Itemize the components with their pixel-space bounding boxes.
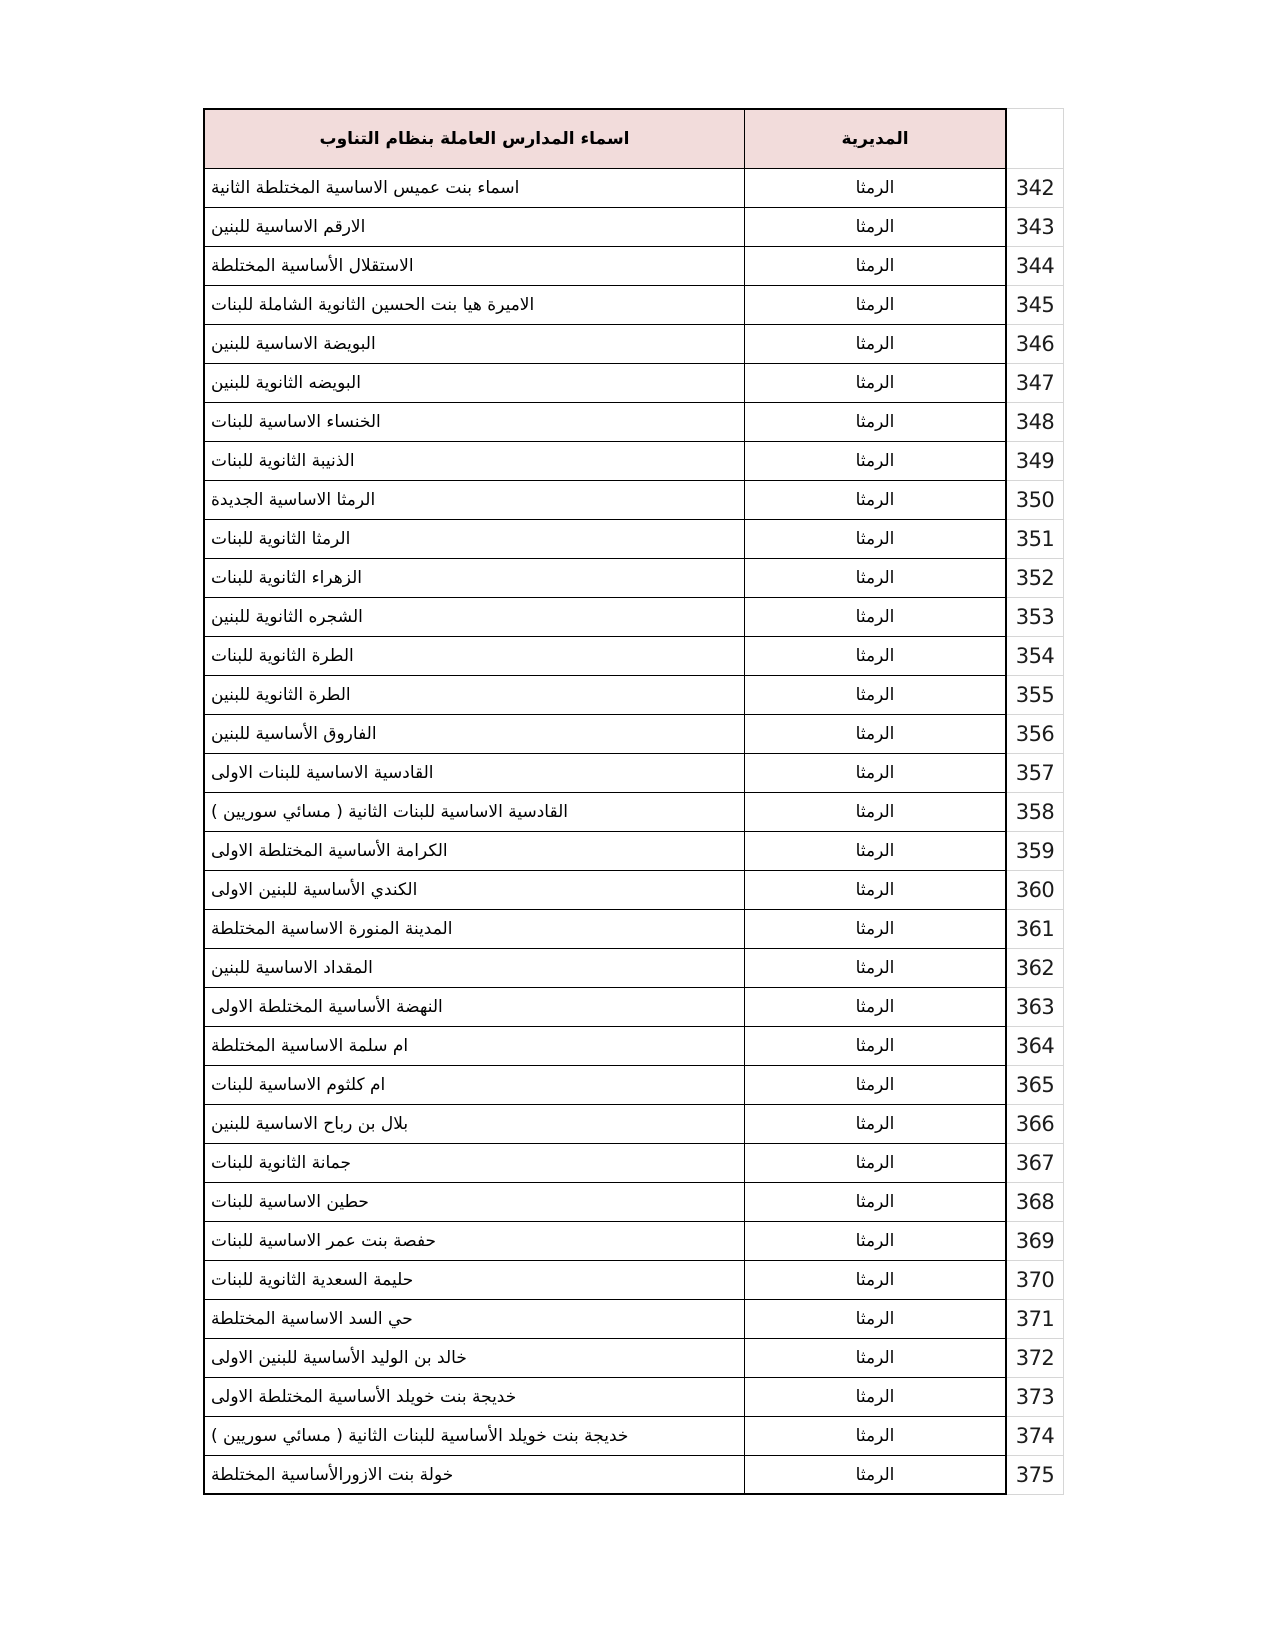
table-header-row: اسماء المدارس العاملة بنظام التناوب المد… — [203, 108, 1064, 169]
table-row: الطرة الثانوية للبناتالرمثا354 — [203, 637, 1064, 676]
row-number-cell: 362 — [1007, 949, 1064, 988]
table-row: ام سلمة الاساسية المختلطةالرمثا364 — [203, 1027, 1064, 1066]
table-row: حي السد الاساسية المختلطةالرمثا371 — [203, 1300, 1064, 1339]
row-number-cell: 354 — [1007, 637, 1064, 676]
directorate-cell: الرمثا — [745, 1300, 1007, 1339]
table-row: المدينة المنورة الاساسية المختلطةالرمثا3… — [203, 910, 1064, 949]
directorate-cell: الرمثا — [745, 715, 1007, 754]
directorate-cell: الرمثا — [745, 871, 1007, 910]
school-name-cell: جمانة الثانوية للبنات — [203, 1144, 745, 1183]
school-name-cell: خديجة بنت خويلد الأساسية المختلطة الاولى — [203, 1378, 745, 1417]
school-name-cell: الزهراء الثانوية للبنات — [203, 559, 745, 598]
row-number-cell: 367 — [1007, 1144, 1064, 1183]
school-name-cell: الكندي الأساسية للبنين الاولى — [203, 871, 745, 910]
row-number-cell: 344 — [1007, 247, 1064, 286]
table-row: الرمثا الاساسية الجديدةالرمثا350 — [203, 481, 1064, 520]
school-name-cell: حفصة بنت عمر الاساسية للبنات — [203, 1222, 745, 1261]
row-number-cell: 369 — [1007, 1222, 1064, 1261]
school-name-cell: الشجره الثانوية للبنين — [203, 598, 745, 637]
table-row: البويضة الاساسية للبنينالرمثا346 — [203, 325, 1064, 364]
table-row: جمانة الثانوية للبناتالرمثا367 — [203, 1144, 1064, 1183]
directorate-cell: الرمثا — [745, 364, 1007, 403]
row-number-cell: 368 — [1007, 1183, 1064, 1222]
directorate-cell: الرمثا — [745, 1027, 1007, 1066]
directorate-cell: الرمثا — [745, 598, 1007, 637]
schools-rotation-table: اسماء المدارس العاملة بنظام التناوب المد… — [203, 108, 1064, 1495]
directorate-cell: الرمثا — [745, 403, 1007, 442]
school-name-cell: النهضة الأساسية المختلطة الاولى — [203, 988, 745, 1027]
directorate-cell: الرمثا — [745, 832, 1007, 871]
row-number-cell: 363 — [1007, 988, 1064, 1027]
row-number-cell: 359 — [1007, 832, 1064, 871]
table-row: حليمة السعدية الثانوية للبناتالرمثا370 — [203, 1261, 1064, 1300]
school-name-cell: الطرة الثانوية للبنين — [203, 676, 745, 715]
directorate-cell: الرمثا — [745, 754, 1007, 793]
table-row: ام كلثوم الاساسية للبناتالرمثا365 — [203, 1066, 1064, 1105]
table-row: خديجة بنت خويلد الأساسية المختلطة الاولى… — [203, 1378, 1064, 1417]
school-name-cell: القادسية الاساسية للبنات الاولى — [203, 754, 745, 793]
table-row: الخنساء الاساسية للبناتالرمثا348 — [203, 403, 1064, 442]
directorate-cell: الرمثا — [745, 442, 1007, 481]
table-row: اسماء بنت عميس الاساسية المختلطة الثانية… — [203, 169, 1064, 208]
table-row: الذنيبة الثانوية للبناتالرمثا349 — [203, 442, 1064, 481]
table-row: الشجره الثانوية للبنينالرمثا353 — [203, 598, 1064, 637]
table-body: اسماء بنت عميس الاساسية المختلطة الثانية… — [203, 169, 1064, 1495]
table-row: الفاروق الأساسية للبنينالرمثا356 — [203, 715, 1064, 754]
directorate-cell: الرمثا — [745, 1456, 1007, 1495]
table-row: الزهراء الثانوية للبناتالرمثا352 — [203, 559, 1064, 598]
school-name-cell: المقداد الاساسية للبنين — [203, 949, 745, 988]
directorate-cell: الرمثا — [745, 169, 1007, 208]
table-row: خولة بنت الازورالأساسية المختلطةالرمثا37… — [203, 1456, 1064, 1495]
directorate-cell: الرمثا — [745, 286, 1007, 325]
row-number-cell: 365 — [1007, 1066, 1064, 1105]
table-row: حفصة بنت عمر الاساسية للبناتالرمثا369 — [203, 1222, 1064, 1261]
school-name-cell: الكرامة الأساسية المختلطة الاولى — [203, 832, 745, 871]
row-number-cell: 356 — [1007, 715, 1064, 754]
table-row: الرمثا الثانوية للبناتالرمثا351 — [203, 520, 1064, 559]
row-number-cell: 372 — [1007, 1339, 1064, 1378]
table-row: خالد بن الوليد الأساسية للبنين الاولىالر… — [203, 1339, 1064, 1378]
school-name-cell: القادسية الاساسية للبنات الثانية ( مسائي… — [203, 793, 745, 832]
header-directorate-column: المديرية — [745, 108, 1007, 169]
row-number-cell: 358 — [1007, 793, 1064, 832]
row-number-cell: 342 — [1007, 169, 1064, 208]
school-name-cell: الاميرة هيا بنت الحسين الثانوية الشاملة … — [203, 286, 745, 325]
school-name-cell: خديجة بنت خويلد الأساسية للبنات الثانية … — [203, 1417, 745, 1456]
directorate-cell: الرمثا — [745, 910, 1007, 949]
directorate-cell: الرمثا — [745, 988, 1007, 1027]
directorate-cell: الرمثا — [745, 520, 1007, 559]
school-name-cell: البويضة الاساسية للبنين — [203, 325, 745, 364]
row-number-cell: 360 — [1007, 871, 1064, 910]
directorate-cell: الرمثا — [745, 1183, 1007, 1222]
table-row: حطين الاساسية للبناتالرمثا368 — [203, 1183, 1064, 1222]
table-row: الكندي الأساسية للبنين الاولىالرمثا360 — [203, 871, 1064, 910]
row-number-cell: 349 — [1007, 442, 1064, 481]
directorate-cell: الرمثا — [745, 1339, 1007, 1378]
school-name-cell: اسماء بنت عميس الاساسية المختلطة الثانية — [203, 169, 745, 208]
directorate-cell: الرمثا — [745, 325, 1007, 364]
directorate-cell: الرمثا — [745, 949, 1007, 988]
table-row: القادسية الاساسية للبنات الثانية ( مسائي… — [203, 793, 1064, 832]
row-number-cell: 345 — [1007, 286, 1064, 325]
directorate-cell: الرمثا — [745, 1222, 1007, 1261]
directorate-cell: الرمثا — [745, 1378, 1007, 1417]
table-row: الكرامة الأساسية المختلطة الاولىالرمثا35… — [203, 832, 1064, 871]
row-number-cell: 373 — [1007, 1378, 1064, 1417]
directorate-cell: الرمثا — [745, 1105, 1007, 1144]
directorate-cell: الرمثا — [745, 559, 1007, 598]
school-name-cell: الطرة الثانوية للبنات — [203, 637, 745, 676]
header-number-cell — [1007, 108, 1064, 169]
directorate-cell: الرمثا — [745, 637, 1007, 676]
directorate-cell: الرمثا — [745, 481, 1007, 520]
school-name-cell: الخنساء الاساسية للبنات — [203, 403, 745, 442]
row-number-cell: 374 — [1007, 1417, 1064, 1456]
row-number-cell: 357 — [1007, 754, 1064, 793]
row-number-cell: 348 — [1007, 403, 1064, 442]
table-row: البويضه الثانوية للبنينالرمثا347 — [203, 364, 1064, 403]
school-name-cell: الارقم الاساسية للبنين — [203, 208, 745, 247]
document-page: اسماء المدارس العاملة بنظام التناوب المد… — [0, 0, 1275, 1650]
directorate-cell: الرمثا — [745, 247, 1007, 286]
table-row: الاميرة هيا بنت الحسين الثانوية الشاملة … — [203, 286, 1064, 325]
school-name-cell: حليمة السعدية الثانوية للبنات — [203, 1261, 745, 1300]
directorate-cell: الرمثا — [745, 1066, 1007, 1105]
row-number-cell: 371 — [1007, 1300, 1064, 1339]
school-name-cell: حطين الاساسية للبنات — [203, 1183, 745, 1222]
row-number-cell: 366 — [1007, 1105, 1064, 1144]
school-name-cell: حي السد الاساسية المختلطة — [203, 1300, 745, 1339]
directorate-cell: الرمثا — [745, 676, 1007, 715]
row-number-cell: 364 — [1007, 1027, 1064, 1066]
table-row: النهضة الأساسية المختلطة الاولىالرمثا363 — [203, 988, 1064, 1027]
school-name-cell: الرمثا الاساسية الجديدة — [203, 481, 745, 520]
school-name-cell: الرمثا الثانوية للبنات — [203, 520, 745, 559]
school-name-cell: الفاروق الأساسية للبنين — [203, 715, 745, 754]
directorate-cell: الرمثا — [745, 793, 1007, 832]
row-number-cell: 361 — [1007, 910, 1064, 949]
table-row: المقداد الاساسية للبنينالرمثا362 — [203, 949, 1064, 988]
row-number-cell: 353 — [1007, 598, 1064, 637]
row-number-cell: 343 — [1007, 208, 1064, 247]
table-row: الاستقلال الأساسية المختلطةالرمثا344 — [203, 247, 1064, 286]
header-schools-column: اسماء المدارس العاملة بنظام التناوب — [203, 108, 745, 169]
row-number-cell: 350 — [1007, 481, 1064, 520]
directorate-cell: الرمثا — [745, 1261, 1007, 1300]
row-number-cell: 346 — [1007, 325, 1064, 364]
row-number-cell: 375 — [1007, 1456, 1064, 1495]
school-name-cell: بلال بن رباح الاساسية للبنين — [203, 1105, 745, 1144]
school-name-cell: خالد بن الوليد الأساسية للبنين الاولى — [203, 1339, 745, 1378]
school-name-cell: المدينة المنورة الاساسية المختلطة — [203, 910, 745, 949]
school-name-cell: الاستقلال الأساسية المختلطة — [203, 247, 745, 286]
school-name-cell: البويضه الثانوية للبنين — [203, 364, 745, 403]
table-row: بلال بن رباح الاساسية للبنينالرمثا366 — [203, 1105, 1064, 1144]
row-number-cell: 351 — [1007, 520, 1064, 559]
school-name-cell: ام كلثوم الاساسية للبنات — [203, 1066, 745, 1105]
row-number-cell: 347 — [1007, 364, 1064, 403]
row-number-cell: 352 — [1007, 559, 1064, 598]
directorate-cell: الرمثا — [745, 208, 1007, 247]
table-row: الطرة الثانوية للبنينالرمثا355 — [203, 676, 1064, 715]
school-name-cell: الذنيبة الثانوية للبنات — [203, 442, 745, 481]
school-name-cell: ام سلمة الاساسية المختلطة — [203, 1027, 745, 1066]
table-row: القادسية الاساسية للبنات الاولىالرمثا357 — [203, 754, 1064, 793]
school-name-cell: خولة بنت الازورالأساسية المختلطة — [203, 1456, 745, 1495]
table-row: الارقم الاساسية للبنينالرمثا343 — [203, 208, 1064, 247]
row-number-cell: 370 — [1007, 1261, 1064, 1300]
directorate-cell: الرمثا — [745, 1144, 1007, 1183]
table-row: خديجة بنت خويلد الأساسية للبنات الثانية … — [203, 1417, 1064, 1456]
directorate-cell: الرمثا — [745, 1417, 1007, 1456]
row-number-cell: 355 — [1007, 676, 1064, 715]
